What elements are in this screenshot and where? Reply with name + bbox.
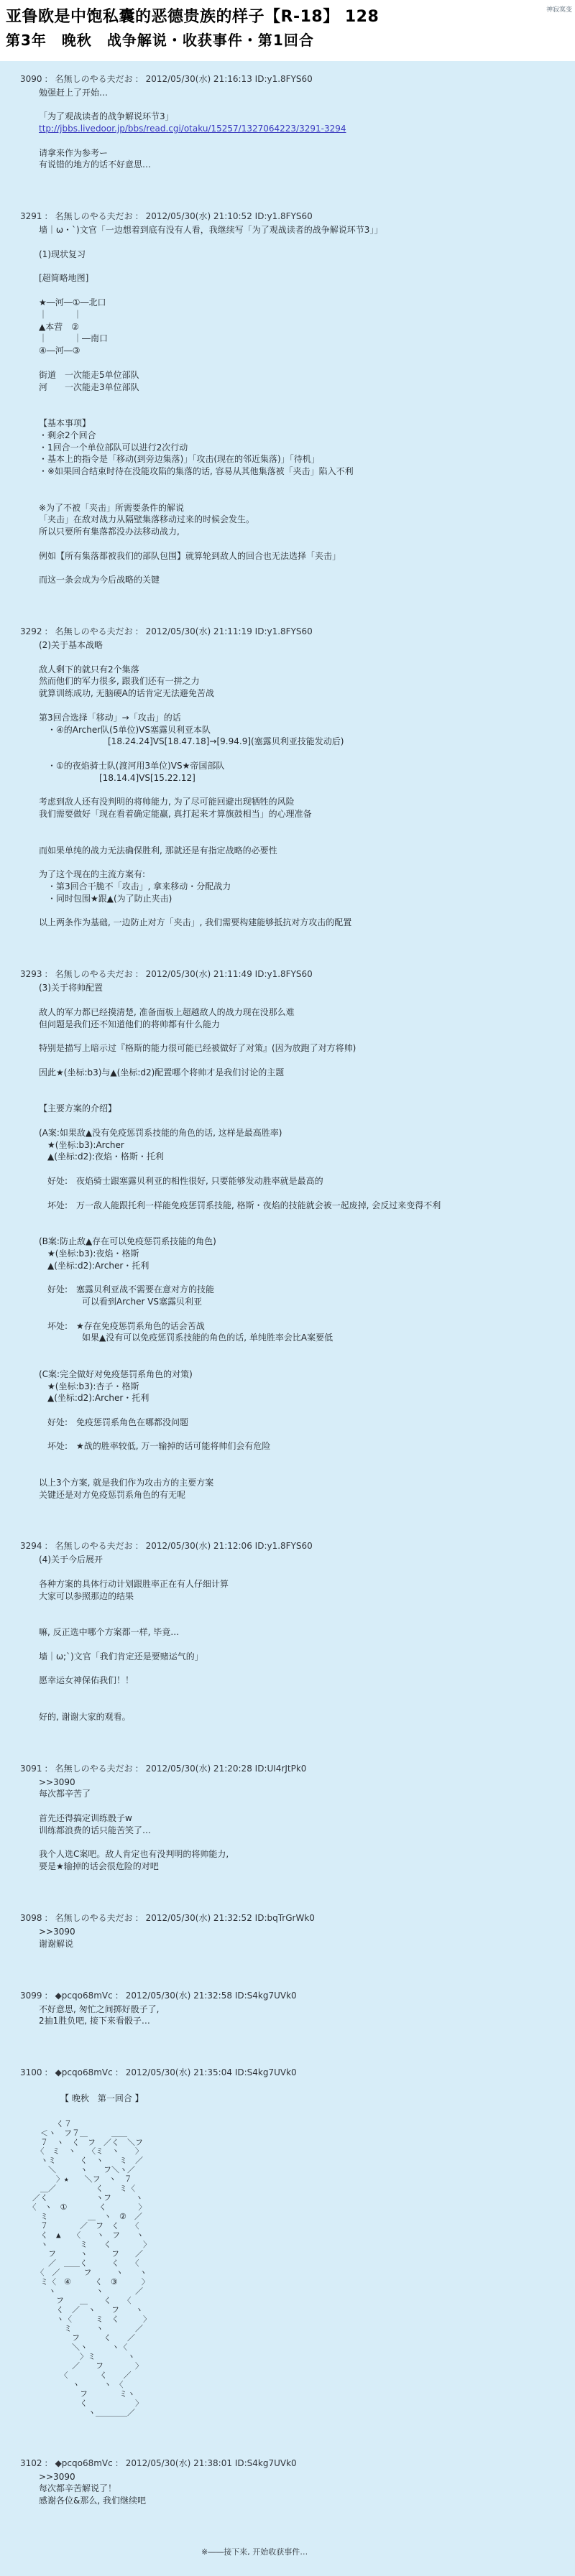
post-author: 名無しのやる夫だお	[55, 626, 133, 636]
post-id: ID:y1.8FYS60	[252, 626, 313, 636]
forum-post: 3100：◆pcqo68mVc：2012/05/30(水) 21:35:04 I…	[20, 2066, 569, 2417]
post-author: 名無しのやる夫だお	[55, 1913, 133, 1923]
post-date: 2012/05/30(水) 21:10:52	[146, 211, 252, 221]
post-body: 【 晚秋 第一回合 】	[39, 2080, 569, 2116]
post-number: 3099	[20, 1991, 42, 2001]
post-number: 3291	[20, 211, 42, 221]
post-header: 3291：名無しのやる夫だお：2012/05/30(水) 21:10:52 ID…	[20, 210, 569, 222]
corner-watermark: 神寂寞变	[546, 4, 572, 14]
post-date: 2012/05/30(水) 21:20:28	[146, 1764, 252, 1774]
thread-title-bar: 亚鲁欧是中饱私囊的恶德贵族的样子【R-18】 128 第3年 晚秋 战争解说・收…	[0, 0, 575, 52]
post-number: 3294	[20, 1541, 42, 1551]
separator: ：	[42, 1764, 55, 1774]
separator: ：	[42, 2458, 55, 2468]
separator: ：	[133, 969, 146, 979]
forum-post: 3098：名無しのやる夫だお：2012/05/30(水) 21:32:52 ID…	[20, 1912, 569, 1950]
separator: ：	[133, 1541, 146, 1551]
post-date: 2012/05/30(水) 21:32:52	[146, 1913, 252, 1923]
thread-link[interactable]: ttp://jbbs.livedoor.jp/bbs/read.cgi/otak…	[39, 124, 346, 134]
post-date: 2012/05/30(水) 21:16:13	[146, 74, 252, 84]
separator: ：	[42, 969, 55, 979]
forum-page: { "page": { "title_line1": "亚鲁欧是中饱私囊的恶德贵…	[0, 0, 575, 2576]
post-body: 墙｜ω・`)文官「一边想着到底有没有人看，我继续写「为了观战读者的战争解说环节3…	[39, 224, 569, 586]
post-date: 2012/05/30(水) 21:11:19	[146, 626, 252, 636]
separator: ：	[113, 1991, 126, 2001]
forum-post: 3090：名無しのやる夫だお：2012/05/30(水) 21:16:13 ID…	[20, 73, 569, 172]
post-author: 名無しのやる夫だお	[55, 969, 133, 979]
separator: ：	[113, 2458, 126, 2468]
post-number: 3098	[20, 1913, 42, 1923]
post-number: 3293	[20, 969, 42, 979]
forum-post: 3099：◆pcqo68mVc：2012/05/30(水) 21:32:58 I…	[20, 1989, 569, 2028]
post-body: (2)关于基本战略 敌人剩下的就只有2个集落 然而他们的军力很多, 跟我们还有一…	[39, 639, 569, 929]
forum-post: 3102：◆pcqo68mVc：2012/05/30(水) 21:38:01 I…	[20, 2457, 569, 2507]
post-id: ID:y1.8FYS60	[252, 211, 313, 221]
separator: ：	[42, 1541, 55, 1551]
forum-post: 3293：名無しのやる夫だお：2012/05/30(水) 21:11:49 ID…	[20, 968, 569, 1501]
thread-panel: 3090：名無しのやる夫だお：2012/05/30(水) 21:16:13 ID…	[0, 61, 575, 2576]
post-header: 3102：◆pcqo68mVc：2012/05/30(水) 21:38:01 I…	[20, 2457, 569, 2469]
post-author: 名無しのやる夫だお	[55, 1764, 133, 1774]
post-id: ID:S4kg7UVk0	[232, 2067, 297, 2077]
forum-post: 3291：名無しのやる夫だお：2012/05/30(水) 21:10:52 ID…	[20, 210, 569, 586]
post-header: 3294：名無しのやる夫だお：2012/05/30(水) 21:12:06 ID…	[20, 1539, 569, 1552]
post-header: 3100：◆pcqo68mVc：2012/05/30(水) 21:35:04 I…	[20, 2066, 569, 2078]
thread-subtitle: 第3年 晚秋 战争解说・收获事件・第1回合	[6, 31, 568, 50]
post-id: ID:S4kg7UVk0	[232, 1991, 297, 2001]
separator: ：	[42, 1991, 55, 2001]
post-body: >>3090 每次都辛苦了 首先还得搞定训练骰子w 训练都浪费的话只能苦笑了… …	[39, 1776, 569, 1873]
separator: ：	[42, 2067, 55, 2077]
separator: ：	[42, 211, 55, 221]
post-number: 3090	[20, 74, 42, 84]
post-header: 3098：名無しのやる夫だお：2012/05/30(水) 21:32:52 ID…	[20, 1912, 569, 1924]
post-date: 2012/05/30(水) 21:35:04	[126, 2067, 232, 2077]
post-header: 3099：◆pcqo68mVc：2012/05/30(水) 21:32:58 I…	[20, 1989, 569, 2001]
post-body: (3)关于将帅配置 敌人的军力都已经摸清楚, 准备面板上超越敌人的战力现在没那么…	[39, 982, 569, 1501]
separator: ：	[42, 1913, 55, 1923]
post-number: 3102	[20, 2458, 42, 2468]
post-id: ID:S4kg7UVk0	[232, 2458, 297, 2468]
post-id: ID:y1.8FYS60	[252, 969, 313, 979]
post-date: 2012/05/30(水) 21:12:06	[146, 1541, 252, 1551]
post-body: >>3090 谢谢解说	[39, 1926, 569, 1950]
separator: ：	[133, 1913, 146, 1923]
separator: ：	[133, 1764, 146, 1774]
post-author: ◆pcqo68mVc	[55, 1991, 113, 2001]
separator: ：	[113, 2067, 126, 2077]
ascii-art-map: く７ ＜ヽ フ７＿ ＿＿ ７ ヽ く フ ／く ＼フ 〈 ミ ヽ 〈ミ ヽ 〉 …	[24, 2120, 569, 2418]
footer-note: ※――接下来, 开始收获事件…	[201, 2546, 575, 2557]
post-body: 不好意思, 匆忙之间掷好骰子了, 2抽1胜负吧, 接下来看骰子…	[39, 2003, 569, 2028]
post-id: ID:y1.8FYS60	[252, 74, 313, 84]
post-header: 3292：名無しのやる夫だお：2012/05/30(水) 21:11:19 ID…	[20, 625, 569, 637]
separator: ：	[133, 211, 146, 221]
post-list: 3090：名無しのやる夫だお：2012/05/30(水) 21:16:13 ID…	[0, 73, 575, 2507]
post-author: ◆pcqo68mVc	[55, 2067, 113, 2077]
post-date: 2012/05/30(水) 21:32:58	[126, 1991, 232, 2001]
post-body: >>3090 每次都辛苦解说了！ 感谢各位&那么, 我们继续吧	[39, 2471, 569, 2507]
separator: ：	[133, 626, 146, 636]
post-header: 3090：名無しのやる夫だお：2012/05/30(水) 21:16:13 ID…	[20, 73, 569, 85]
post-body: (4)关于今后展开 各种方案的具体行动计划跟胜率正在有人仔细计算 大家可以参照那…	[39, 1554, 569, 1723]
separator: ：	[133, 74, 146, 84]
post-number: 3292	[20, 626, 42, 636]
separator: ：	[42, 74, 55, 84]
forum-post: 3294：名無しのやる夫だお：2012/05/30(水) 21:12:06 ID…	[20, 1539, 569, 1723]
post-header: 3293：名無しのやる夫だお：2012/05/30(水) 21:11:49 ID…	[20, 968, 569, 980]
post-author: ◆pcqo68mVc	[55, 2458, 113, 2468]
post-author: 名無しのやる夫だお	[55, 1541, 133, 1551]
post-number: 3091	[20, 1764, 42, 1774]
thread-title: 亚鲁欧是中饱私囊的恶德贵族的样子【R-18】 128	[6, 7, 568, 28]
post-body: 勉强赶上了开始… 「为了观战读者的战争解说环节3」 ttp://jbbs.liv…	[39, 87, 569, 172]
post-header: 3091：名無しのやる夫だお：2012/05/30(水) 21:20:28 ID…	[20, 1762, 569, 1774]
post-author: 名無しのやる夫だお	[55, 74, 133, 84]
forum-post: 3292：名無しのやる夫だお：2012/05/30(水) 21:11:19 ID…	[20, 625, 569, 929]
forum-post: 3091：名無しのやる夫だお：2012/05/30(水) 21:20:28 ID…	[20, 1762, 569, 1873]
post-author: 名無しのやる夫だお	[55, 211, 133, 221]
separator: ：	[42, 626, 55, 636]
post-id: ID:UI4rJtPk0	[252, 1764, 307, 1774]
post-id: ID:bqTrGrWk0	[252, 1913, 315, 1923]
post-id: ID:y1.8FYS60	[252, 1541, 313, 1551]
post-date: 2012/05/30(水) 21:38:01	[126, 2458, 232, 2468]
post-number: 3100	[20, 2067, 42, 2077]
post-date: 2012/05/30(水) 21:11:49	[146, 969, 252, 979]
